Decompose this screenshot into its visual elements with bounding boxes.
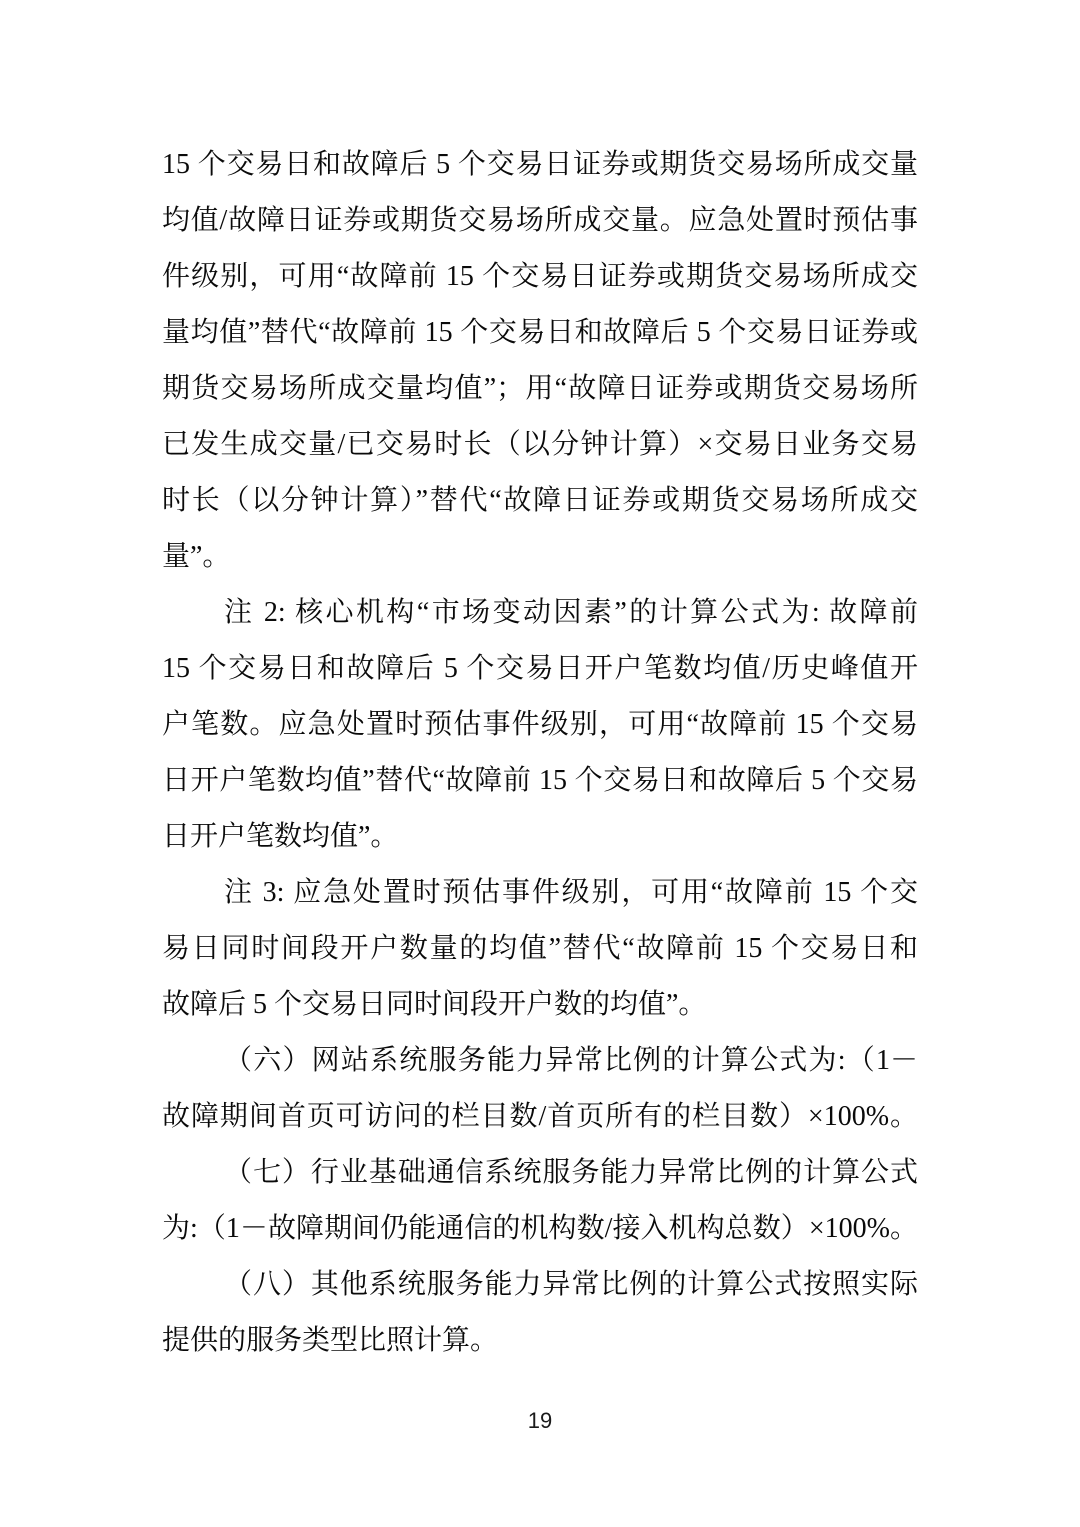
text-line: 故障期间首页可访问的栏目数/首页所有的栏目数）×100%。 bbox=[162, 1089, 918, 1145]
paragraph: 注 2: 核心机构“市场变动因素”的计算公式为: 故障前15 个交易日和故障后 … bbox=[162, 585, 918, 865]
text-line: 15 个交易日和故障后 5 个交易日证券或期货交易场所成交量 bbox=[162, 137, 918, 193]
text-line: 时长（以分钟计算）”替代“故障日证券或期货交易场所成交 bbox=[162, 473, 918, 529]
text-line: 期货交易场所成交量均值”；用“故障日证券或期货交易场所 bbox=[162, 361, 918, 417]
text-line: 件级别，可用“故障前 15 个交易日证券或期货交易场所成交 bbox=[162, 249, 918, 305]
text-line: 易日同时间段开户数量的均值”替代“故障前 15 个交易日和 bbox=[162, 921, 918, 977]
text-line: 日开户笔数均值”。 bbox=[162, 809, 918, 865]
document-page: { "page": { "number": "19", "colors": { … bbox=[0, 0, 1080, 1527]
page-number: 19 bbox=[0, 1406, 1080, 1436]
paragraph: （七）行业基础通信系统服务能力异常比例的计算公式为:（1－故障期间仍能通信的机构… bbox=[162, 1145, 918, 1257]
text-line: 户笔数。应急处置时预估事件级别，可用“故障前 15 个交易 bbox=[162, 697, 918, 753]
text-line: 量”。 bbox=[162, 529, 918, 585]
text-line: 均值/故障日证券或期货交易场所成交量。应急处置时预估事 bbox=[162, 193, 918, 249]
text-line: 故障后 5 个交易日同时间段开户数的均值”。 bbox=[162, 977, 918, 1033]
paragraph: （六）网站系统服务能力异常比例的计算公式为:（1－故障期间首页可访问的栏目数/首… bbox=[162, 1033, 918, 1145]
document-body: 15 个交易日和故障后 5 个交易日证券或期货交易场所成交量均值/故障日证券或期… bbox=[162, 137, 918, 1369]
text-line: 15 个交易日和故障后 5 个交易日开户笔数均值/历史峰值开 bbox=[162, 641, 918, 697]
text-line: 提供的服务类型比照计算。 bbox=[162, 1313, 918, 1369]
paragraph: （八）其他系统服务能力异常比例的计算公式按照实际提供的服务类型比照计算。 bbox=[162, 1257, 918, 1369]
text-line: （八）其他系统服务能力异常比例的计算公式按照实际 bbox=[162, 1257, 918, 1313]
paragraph: 15 个交易日和故障后 5 个交易日证券或期货交易场所成交量均值/故障日证券或期… bbox=[162, 137, 918, 585]
text-line: 量均值”替代“故障前 15 个交易日和故障后 5 个交易日证券或 bbox=[162, 305, 918, 361]
paragraph: 注 3: 应急处置时预估事件级别，可用“故障前 15 个交易日同时间段开户数量的… bbox=[162, 865, 918, 1033]
text-line: 注 2: 核心机构“市场变动因素”的计算公式为: 故障前 bbox=[162, 585, 918, 641]
text-line: 日开户笔数均值”替代“故障前 15 个交易日和故障后 5 个交易 bbox=[162, 753, 918, 809]
text-line: （六）网站系统服务能力异常比例的计算公式为:（1－ bbox=[162, 1033, 918, 1089]
text-line: 已发生成交量/已交易时长（以分钟计算）×交易日业务交易 bbox=[162, 417, 918, 473]
text-line: 注 3: 应急处置时预估事件级别，可用“故障前 15 个交 bbox=[162, 865, 918, 921]
text-line: 为:（1－故障期间仍能通信的机构数/接入机构总数）×100%。 bbox=[162, 1201, 918, 1257]
text-line: （七）行业基础通信系统服务能力异常比例的计算公式 bbox=[162, 1145, 918, 1201]
